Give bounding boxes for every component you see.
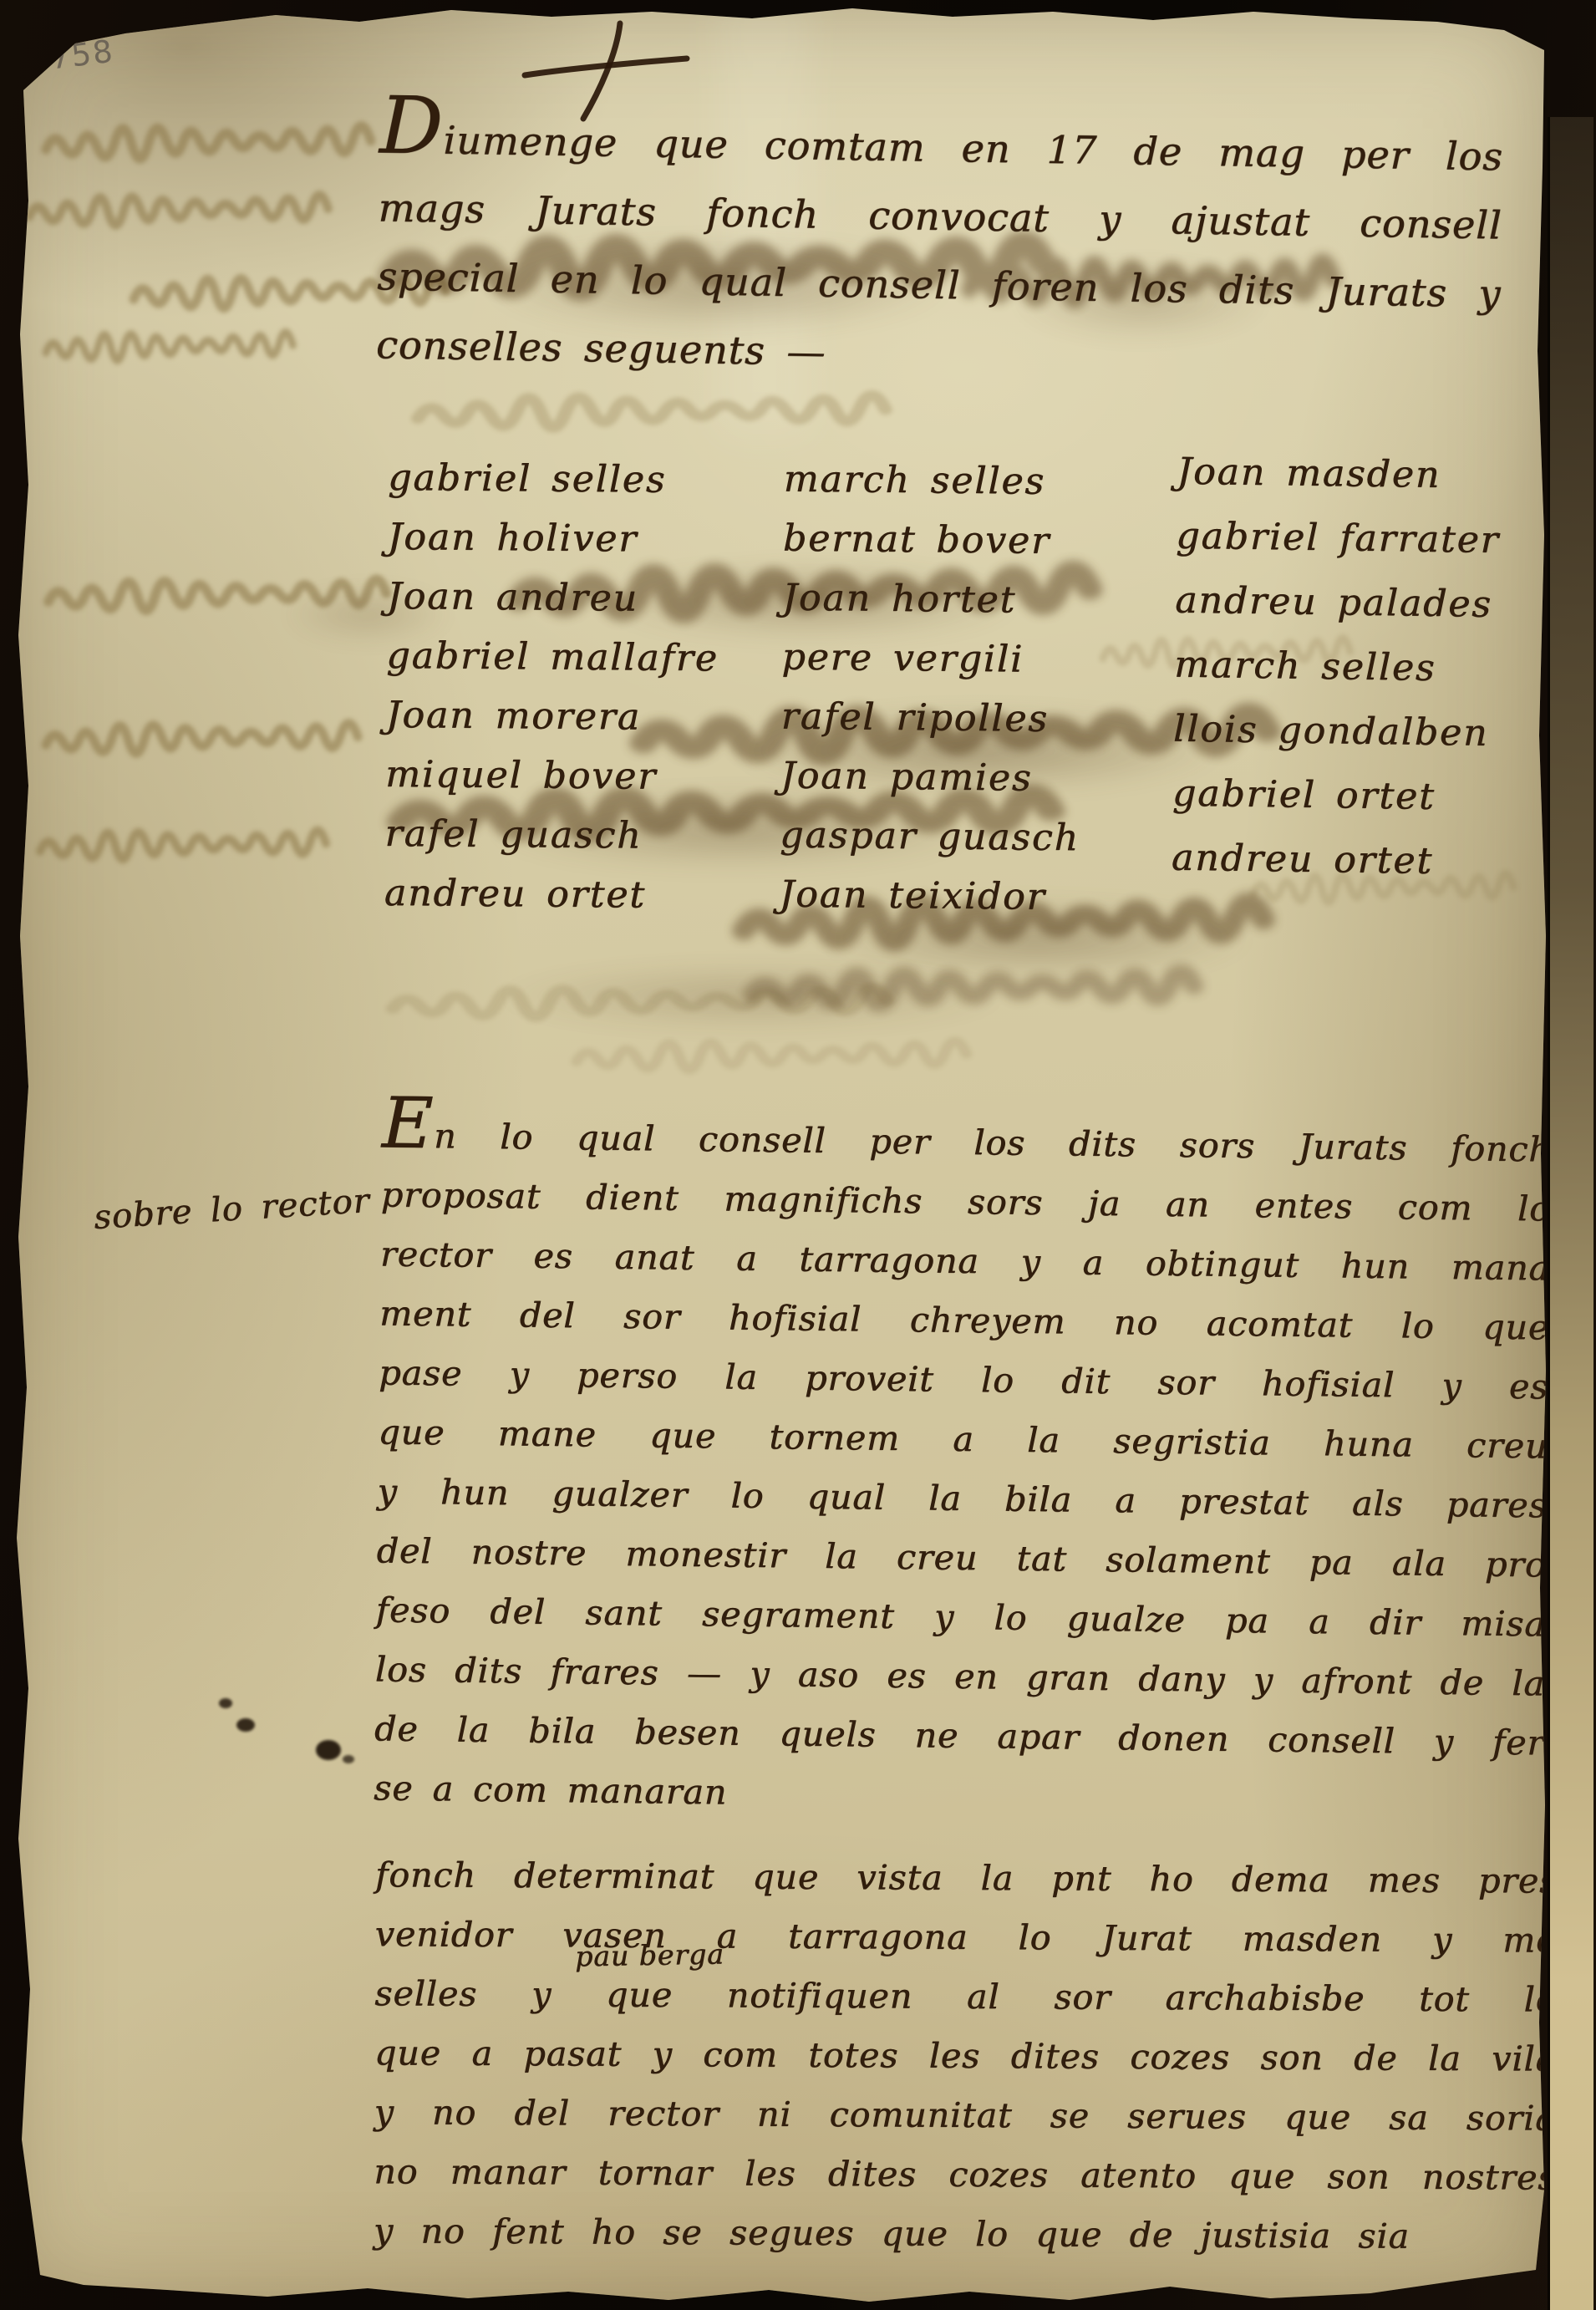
attendees-column-3: Joan masden gabriel farrater andreu pala… xyxy=(1171,450,1578,907)
attendee-name: gabriel ortet xyxy=(1172,772,1573,842)
attendees-column-2: march selles bernat bover Joan hortet pe… xyxy=(779,458,1168,937)
margin-note: sobre lo rector xyxy=(93,1182,371,1237)
attendee-name: andreu ortet xyxy=(384,872,778,934)
attendee-name: Joan hortet xyxy=(782,577,1167,640)
proposal-paragraph: En lo qual consell per los dits sors Jur… xyxy=(374,1097,1552,1832)
attendee-name: llois gondalben xyxy=(1172,708,1574,778)
text-line: que a pasat y com totes les dites cozes … xyxy=(374,2023,1557,2089)
attendee-name: Joan morera xyxy=(385,694,779,756)
text-line: fonch determinat que vista la pnt ho dem… xyxy=(375,1845,1558,1911)
ink-blot xyxy=(316,1740,341,1760)
attendee-name: march selles xyxy=(783,458,1168,522)
attendee-name: rafel ripolles xyxy=(780,695,1166,759)
attendees-column-1: gabriel selles Joan holiver Joan andreu … xyxy=(384,456,781,934)
attendee-name: Joan masden xyxy=(1177,450,1578,521)
text-line: selles y que notifiquen al sor archabisb… xyxy=(374,1964,1557,2029)
text-line: y no del rector ni comunitat se serues q… xyxy=(374,2083,1556,2148)
attendee-name: gabriel mallafre xyxy=(386,634,780,697)
attendee-name: andreu ortet xyxy=(1171,837,1573,907)
resolution-paragraph: fonch determinat que vista la pnt ho dem… xyxy=(374,1845,1558,2267)
attendee-name: bernat bover xyxy=(782,517,1167,581)
attendee-name: gabriel farrater xyxy=(1176,515,1578,585)
attendee-name: Joan pamies xyxy=(780,755,1166,818)
interline-insertion: pau berga xyxy=(575,1937,724,1972)
ink-blot xyxy=(236,1718,255,1732)
attendee-name: pere vergili xyxy=(781,636,1167,700)
manuscript-page: 758 Diumenge que comtam en 17 de mag per… xyxy=(0,0,1551,2310)
attendee-name: march selles xyxy=(1173,644,1575,714)
next-folio-edge xyxy=(1548,117,1593,2310)
attendee-name: andreu palades xyxy=(1175,579,1577,649)
attendee-name: Joan holiver xyxy=(387,516,780,578)
text-line: no manar tornar les dites cozes atento q… xyxy=(374,2142,1556,2207)
ink-smudge xyxy=(393,949,1111,1045)
attendee-name: rafel guasch xyxy=(384,812,778,875)
attendee-name: miquel bover xyxy=(385,753,779,816)
ink-blot xyxy=(219,1698,232,1708)
ink-blot xyxy=(343,1755,354,1763)
attendee-name: gabriel selles xyxy=(388,456,781,519)
attendee-name: Joan andreu xyxy=(387,575,780,638)
folio-number: 758 xyxy=(48,33,116,76)
attendee-name: Joan teixidor xyxy=(779,873,1164,937)
manuscript-scan: 758 Diumenge que comtam en 17 de mag per… xyxy=(0,0,1596,2310)
text-line: y no fent ho se segues que lo que de jus… xyxy=(374,2201,1410,2266)
text-line: venidor vasen a tarragona lo Jurat masde… xyxy=(375,1905,1558,1970)
opening-paragraph: Diumenge que comtam en 17 de mag per los… xyxy=(375,98,1503,396)
attendee-name: gaspar guasch xyxy=(780,814,1165,878)
